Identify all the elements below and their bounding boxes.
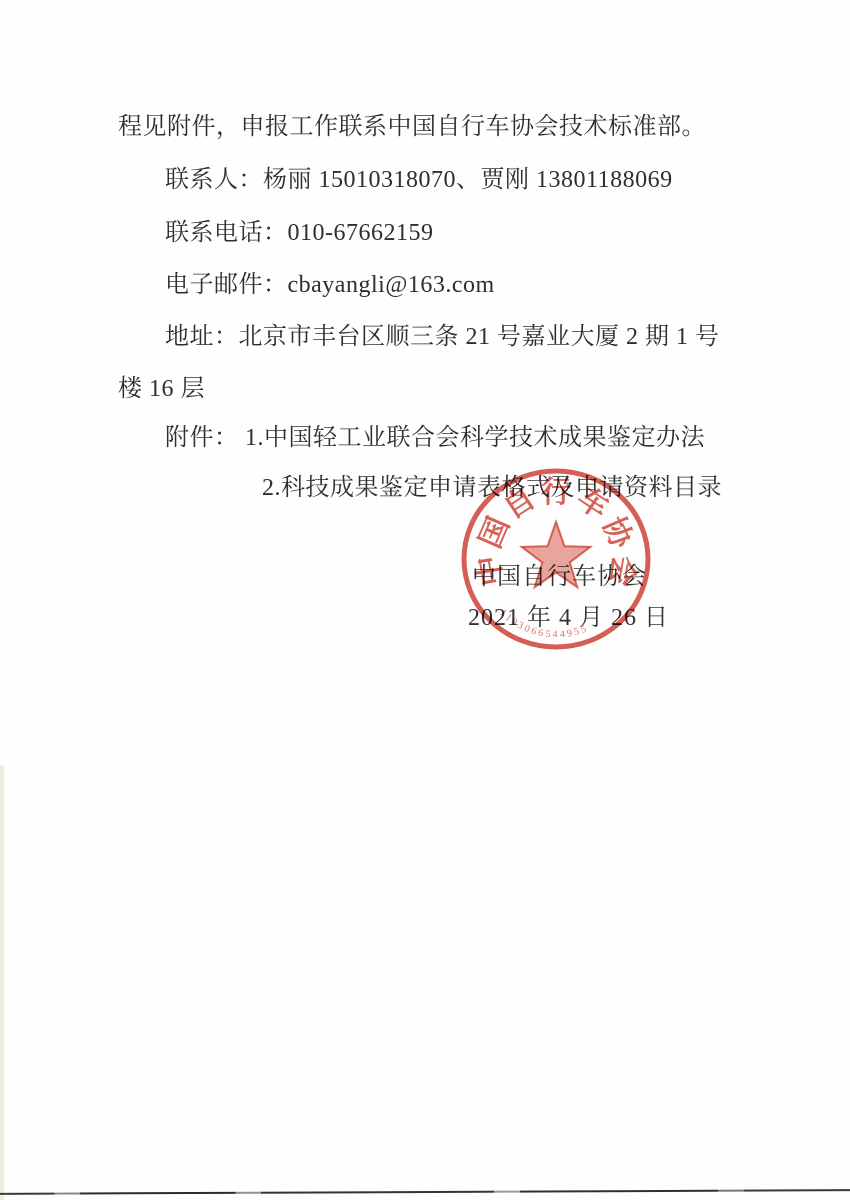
address-line: 地址：北京市丰台区顺三条 21 号嘉业大厦 2 期 1 号 xyxy=(165,323,720,352)
email-line: 电子邮件：cbayangli@163.com xyxy=(165,271,495,300)
contact-phone-line: 联系电话：010-67662159 xyxy=(165,219,434,248)
seal-arc-char: 国 xyxy=(474,512,516,553)
attachment-line-1: 附件： 1.中国轻工业联合会科学技术成果鉴定办法 xyxy=(165,424,705,453)
address-line-continued: 楼 16 层 xyxy=(118,375,205,404)
body-line: 程见附件，申报工作联系中国自行车协会技术标准部。 xyxy=(118,113,706,142)
seal-arc-char: 协 xyxy=(596,512,639,554)
scan-bottom-edge-artifact xyxy=(0,1189,850,1195)
scanned-letter-page: 程见附件，申报工作联系中国自行车协会技术标准部。 联系人：杨丽 15010318… xyxy=(0,0,850,1200)
official-seal-stamp: 中 国 自 行 车 协 会 1103066544955 xyxy=(458,466,654,656)
seal-arc-char: 行 xyxy=(541,476,571,509)
seal-arc-char: 会 xyxy=(603,553,641,588)
seal-arc-char: 中 xyxy=(472,553,510,588)
contact-person-line: 联系人：杨丽 15010318070、贾刚 13801188069 xyxy=(165,166,673,195)
scan-left-edge-artifact xyxy=(0,765,4,1200)
star-icon xyxy=(522,522,590,587)
